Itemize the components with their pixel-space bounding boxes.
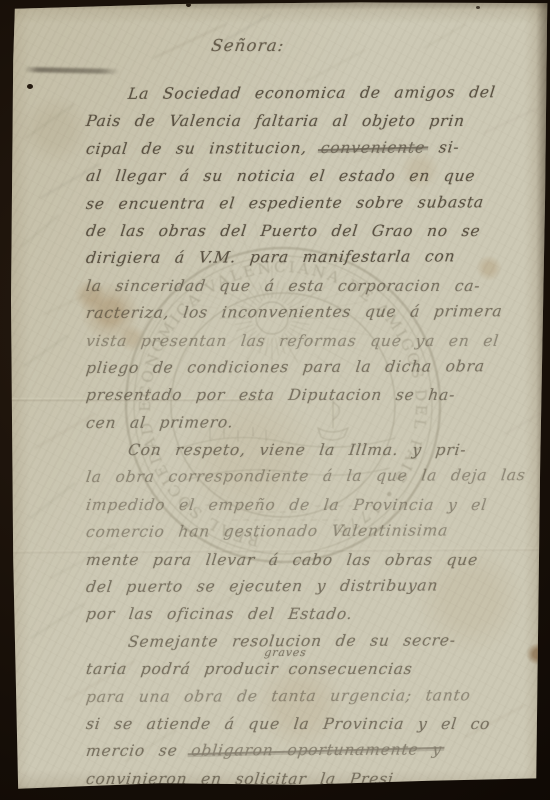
manuscript-text: mercio se xyxy=(85,742,192,760)
manuscript-text: pliego de condiciones para la dicha obra xyxy=(85,357,486,377)
manuscript-line: comercio han gestionado Valentinisima xyxy=(84,517,543,546)
manuscript-line: por las oficinas del Estado. xyxy=(84,601,543,628)
manuscript-line: pliego de condiciones para la dicha obra xyxy=(84,353,543,382)
manuscript-line: Semejante resolucion de su secre- xyxy=(84,627,543,656)
manuscript-text: se encuentra el espediente sobre subasta xyxy=(85,193,485,213)
manuscript-line: cen al primero. xyxy=(84,408,543,437)
manuscript-text: Con respeto, viene la Illma. y pri- xyxy=(127,441,467,459)
manuscript-text: consecuencias xyxy=(287,660,413,678)
manuscript-text: dirigiera á V.M. para manifestarla con xyxy=(85,248,456,268)
manuscript-line: mente para llevar á cabo las obras que xyxy=(84,547,543,574)
letter-paper: REAL SOCIEDAD ECONÓMICA VALENCIANA DE AM… xyxy=(0,0,550,800)
show-through-mark xyxy=(28,482,77,521)
letter-body: La Sociedad economica de amigos delPais … xyxy=(86,81,542,793)
ink-speck xyxy=(476,6,480,9)
manuscript-text: cen al primero. xyxy=(85,413,235,432)
manuscript-text: del puerto se ejecuten y distribuyan xyxy=(85,576,439,596)
show-through-mark xyxy=(22,334,68,367)
manuscript-text: por las oficinas del Estado. xyxy=(85,605,354,623)
manuscript-text: al llegar á su noticia el estado en que xyxy=(85,167,476,185)
manuscript-text: la sinceridad que á esta corporacion ca- xyxy=(85,277,482,295)
manuscript-line: de las obras del Puerto del Grao no se xyxy=(84,218,543,245)
manuscript-text: si- xyxy=(424,138,460,156)
show-through-mark xyxy=(423,23,467,50)
manuscript-line: Pais de Valencia faltaria al objeto prin xyxy=(84,108,543,135)
manuscript-line: La Sociedad economica de amigos del xyxy=(84,79,543,108)
scanned-letter-photo: REAL SOCIEDAD ECONÓMICA VALENCIANA DE AM… xyxy=(0,0,550,800)
ink-speck xyxy=(186,3,191,7)
manuscript-text: si se atiende á que la Provincia y el co xyxy=(85,715,491,733)
struck-text: obligaron oportunamente y xyxy=(190,741,443,760)
manuscript-line: mercio se obligaron oportunamente y xyxy=(84,736,543,765)
pencil-smudge xyxy=(24,67,120,74)
manuscript-line: para una obra de tanta urgencia; tanto xyxy=(84,682,543,711)
manuscript-text: taria podrá producir xyxy=(85,660,280,678)
manuscript-line: vista presentan las reformas que ya en e… xyxy=(84,328,543,355)
manuscript-line: presentado por esta Diputacion se ha- xyxy=(84,382,543,409)
manuscript-text: mente para llevar á cabo las obras que xyxy=(85,551,479,569)
manuscript-text: vista presentan las reformas que ya en e… xyxy=(85,332,500,350)
show-through-mark xyxy=(30,602,86,639)
show-through-mark xyxy=(20,214,60,248)
salutation: Señora: xyxy=(167,36,330,55)
manuscript-line: la sinceridad que á esta corporacion ca- xyxy=(84,273,543,300)
manuscript-line: taria podrá producirgravesconsecuencias xyxy=(84,656,543,683)
manuscript-line: Con respeto, viene la Illma. y pri- xyxy=(84,437,543,464)
manuscript-line: si se atiende á que la Provincia y el co xyxy=(84,711,543,738)
manuscript-text: La Sociedad economica de amigos del xyxy=(127,83,497,103)
manuscript-line: racteriza, los inconvenientes que á prim… xyxy=(84,298,543,327)
manuscript-text: comercio han gestionado Valentinisima xyxy=(85,522,449,542)
manuscript-text: Pais de Valencia faltaria al objeto prin xyxy=(85,112,466,130)
manuscript-line: convinieron en solicitar la Presi xyxy=(84,766,543,793)
manuscript-line: del puerto se ejecuten y distribuyan xyxy=(84,572,543,601)
manuscript-line: cipal de su institucion, conveniente si- xyxy=(84,134,543,163)
manuscript-text: racteriza, los inconvenientes que á prim… xyxy=(85,302,504,322)
manuscript-text: la obra correspondiente á la que la deja… xyxy=(85,467,527,487)
manuscript-text: presentado por esta Diputacion se ha- xyxy=(85,386,456,404)
manuscript-text: para una obra de tanta urgencia; tanto xyxy=(85,686,472,706)
manuscript-line: dirigiera á V.M. para manifestarla con xyxy=(84,243,543,272)
manuscript-line: impedido el empeño de la Provincia y el xyxy=(84,492,543,519)
manuscript-line: la obra correspondiente á la que la deja… xyxy=(84,462,543,491)
manuscript-line: se encuentra el espediente sobre subasta xyxy=(84,189,543,218)
manuscript-text: cipal de su institucion, xyxy=(85,139,322,158)
manuscript-line: al llegar á su noticia el estado en que xyxy=(84,163,543,190)
manuscript-text: de las obras del Puerto del Grao no se xyxy=(85,222,482,240)
ink-speck xyxy=(27,84,33,89)
manuscript-text: convinieron en solicitar la Presi xyxy=(85,770,395,788)
struck-text: conveniente xyxy=(320,138,426,156)
manuscript-text: impedido el empeño de la Provincia y el xyxy=(85,496,488,514)
show-through-mark xyxy=(25,103,75,139)
